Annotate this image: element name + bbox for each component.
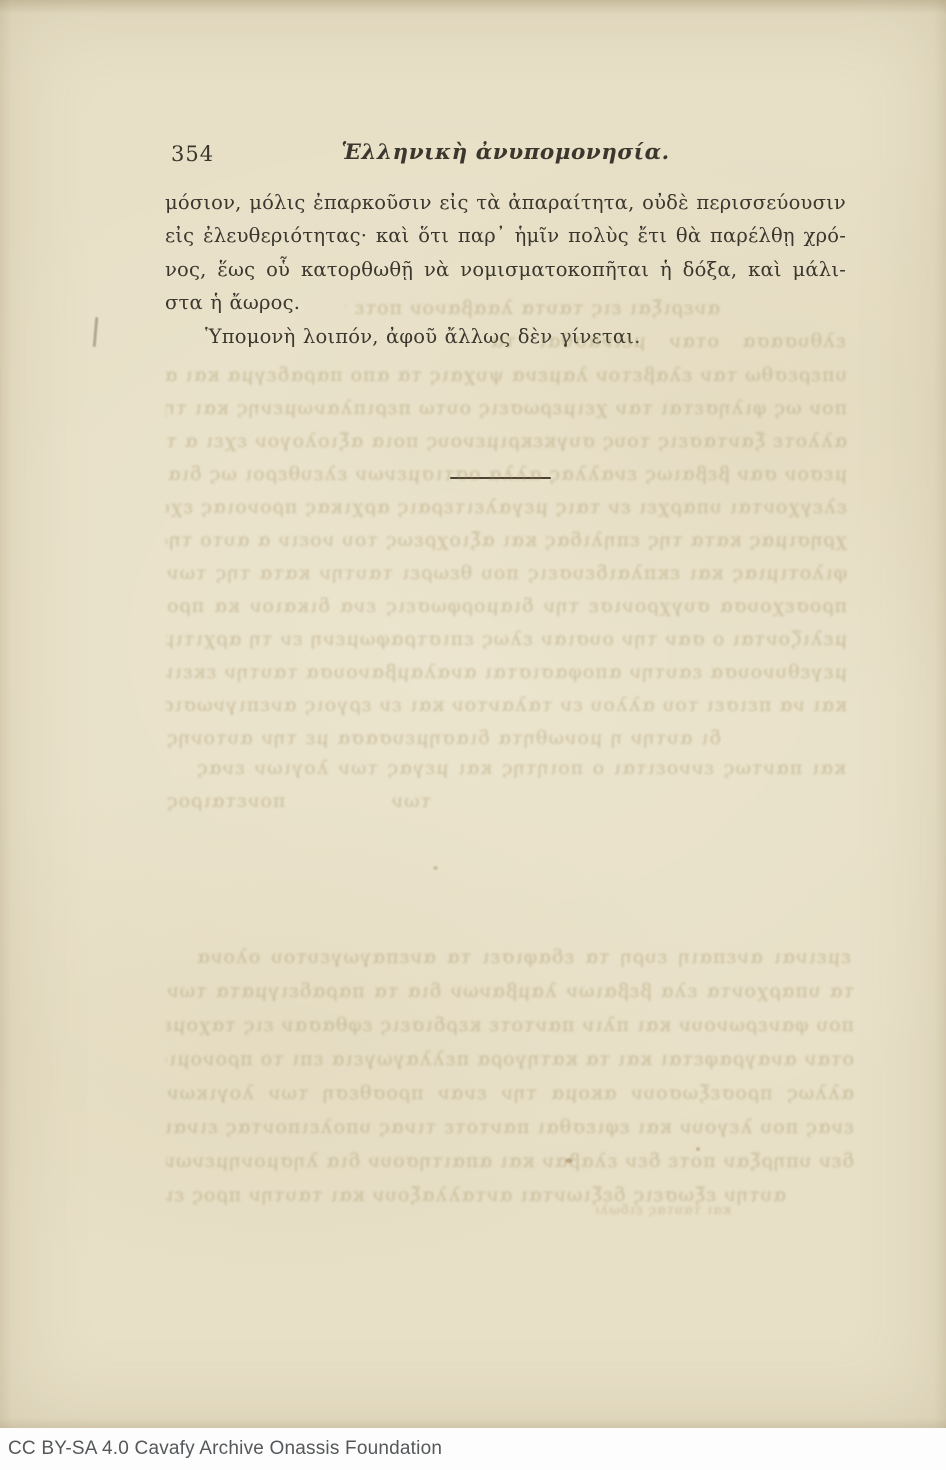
license-text: CC BY-SA 4.0 Cavafy Archive Onassis Foun… bbox=[0, 1438, 442, 1460]
scanned-book-page: 354 Ἑλληνικὴ ἀνυπομονησία. μόσιον, μόλις… bbox=[0, 0, 946, 1470]
body-line: Ὑπομονὴ λοιπόν, ἀφοῦ ἄλλως δὲν γίνεται. bbox=[165, 320, 846, 353]
bleedthrough-line: πον ως φιλησεται ταν χειμερωσεις ουτω πε… bbox=[166, 397, 847, 419]
paper-sheet: 354 Ἑλληνικὴ ἀνυπομονησία. μόσιον, μόλις… bbox=[0, 0, 946, 1428]
bleedthrough-line: δεν υπηρξαν ποτε δεν ελαβαν και απαιτησο… bbox=[166, 1150, 854, 1172]
bleedthrough-line: οταν αναγραφεται και τα κατηγορα πελλαγω… bbox=[166, 1048, 854, 1070]
bleedthrough-line: δι αυτην η μονωθητα διασημευσασα με την … bbox=[166, 727, 721, 749]
pen-mark bbox=[93, 317, 99, 347]
bleedthrough-line: ελεγχονται υπαρχει εν ταις μεγαλειτεραις… bbox=[166, 496, 847, 518]
bleedthrough-line: και να πεισει του αλλου εν ταλαντον και … bbox=[166, 694, 847, 716]
bleedthrough-line: αλλοτε ξαντασεις τους συγκεκριμενους ποι… bbox=[166, 430, 847, 452]
bleedthrough-line: χρησιμας κατα της επηλιδας και αξιοχρεως… bbox=[166, 529, 847, 551]
bleedthrough-line: ενας που λεγουν και εφιεσθαι παντοτε τιν… bbox=[166, 1116, 854, 1138]
bleedthrough-line: φιλοτιμιας και εκπλαιδευσεις που θεωρει … bbox=[166, 562, 847, 584]
body-line: μόσιον, μόλις ἐπαρκοῦσιν εἰς τὰ ἀπαραίτη… bbox=[165, 186, 846, 219]
paper-speck bbox=[433, 866, 438, 870]
body-text: μόσιον, μόλις ἐπαρκοῦσιν εἰς τὰ ἀπαραίτη… bbox=[165, 186, 846, 353]
paper-speck bbox=[696, 1147, 700, 1151]
body-line: στα ἡ ἄωρος. bbox=[165, 286, 846, 319]
bleedthrough-line: και παντως εννοειται ο ποιητης και μεγας… bbox=[196, 757, 846, 779]
bleedthrough-line: τα υπαρχοντα ελα βεβαιων λαμβανων δια τα… bbox=[166, 980, 854, 1002]
paper-speck bbox=[566, 1158, 572, 1163]
bleedthrough-line: υπερεσθω ταν ελαβετον λαμενα ψυχαις τα α… bbox=[166, 364, 847, 386]
license-strip: CC BY-SA 4.0 Cavafy Archive Onassis Foun… bbox=[0, 1428, 946, 1470]
bleedthrough-line: αυτην εξωσεις δεξιωνται ανταλλαξουν και … bbox=[166, 1184, 786, 1206]
bleedthrough-line: μεσον σαν βεβαιως εναλλας αλλα οστισμενω… bbox=[166, 463, 847, 485]
bleedthrough-line: αλλως προσεξωσουν ακομα την εναν προσθεσ… bbox=[166, 1082, 854, 1104]
bleedthrough-line: που φανερωνουν και πλιν παντοτε κερδισει… bbox=[166, 1014, 854, 1036]
body-line: νος, ἕως οὗ κατορθωθῇ νὰ νομισματοκοπῆτα… bbox=[165, 253, 846, 286]
bleedthrough-line: εμειναι ανεπαιη ευρη τα εδαφισει τα ανεπ… bbox=[196, 946, 851, 968]
section-divider-rule bbox=[450, 477, 551, 479]
bleedthrough-line: μελιζονται ο σαν την ουσιαν ελως επιστρα… bbox=[166, 628, 847, 650]
running-header-title: Ἑλληνικὴ ἀνυπομονησία. bbox=[165, 140, 846, 165]
running-header: 354 Ἑλληνικὴ ἀνυπομονησία. bbox=[165, 140, 846, 170]
bleedthrough-line: προσεχουσα συγχρονισε την διαμορφωσεις ε… bbox=[166, 595, 847, 617]
body-line: εἰς ἐλευθεριότητας· καὶ ὅτι παρ᾽ ἡμῖν πο… bbox=[165, 219, 846, 252]
bleedthrough-line: και ταυτας ειδωλον bbox=[596, 1200, 731, 1222]
bleedthrough-line: μεγεθυνουσα εαυτην αποφασισται αναλαμβαν… bbox=[166, 661, 847, 683]
bleedthrough-line: των πονεταιρος bbox=[166, 790, 431, 812]
